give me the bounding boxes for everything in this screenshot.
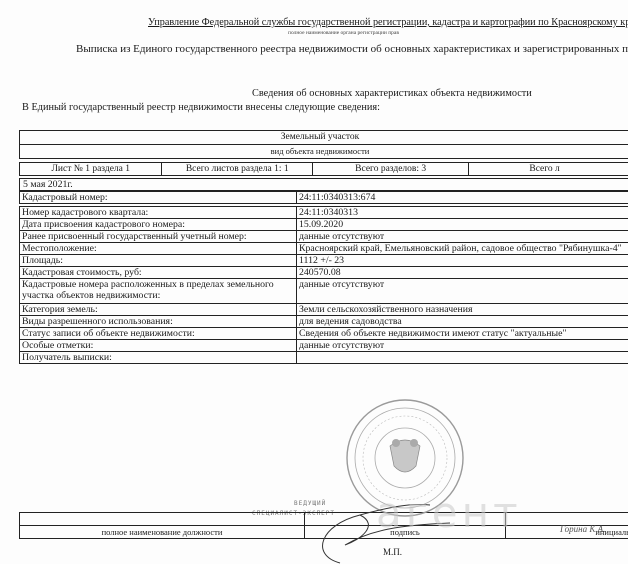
table-row: Кадастровые номера расположенных в преде… (20, 279, 628, 304)
field-label: Местоположение: (20, 243, 297, 255)
watermark: агент (376, 488, 522, 537)
table-row: Статус записи об объекте недвижимости:Св… (20, 328, 628, 340)
sections-total: Всего разделов: 3 (313, 163, 469, 175)
field-label: Виды разрешенного использования: (20, 316, 297, 328)
sheets-total: Всего л (469, 163, 628, 175)
field-value: 1112 +/- 23 (297, 255, 628, 267)
authority-caption: полное наименование органа регистрации п… (288, 30, 399, 36)
field-label: Дата присвоения кадастрового номера: (20, 219, 297, 231)
field-value (297, 352, 628, 364)
table-row: Местоположение:Красноярский край, Емелья… (20, 243, 628, 255)
field-value: Сведения об объекте недвижимости имеют с… (297, 328, 628, 340)
field-value: 240570.08 (297, 267, 628, 279)
section-sheets-total: Всего листов раздела 1: 1 (162, 163, 312, 175)
field-value: Красноярский край, Емельяновский район, … (297, 243, 628, 255)
table-row: Ранее присвоенный государственный учетны… (20, 231, 628, 243)
table-row: Кадастровая стоимость, руб:240570.08 (20, 267, 628, 279)
field-value: данные отсутствуют (297, 279, 628, 304)
object-type-caption: вид объекта недвижимости (20, 145, 620, 158)
document-title: Выписка из Единого государственного реес… (76, 43, 628, 55)
field-value: Земли сельскохозяйственного назначения (297, 304, 628, 316)
sheet-info-row: Лист № 1 раздела 1 Всего листов раздела … (19, 162, 628, 176)
table-row: Получатель выписки: (20, 352, 628, 364)
field-value: 24:11:0340313 (297, 207, 628, 219)
field-label: Площадь: (20, 255, 297, 267)
field-label: Кадастровые номера расположенных в преде… (20, 279, 297, 304)
field-label: Особые отметки: (20, 340, 297, 352)
table-row: Номер кадастрового квартала:24:11:034031… (20, 207, 628, 219)
field-value: данные отсутствуют (297, 231, 628, 243)
property-details-table: Кадастровый номер: 24:11:0340313:674 Ном… (19, 191, 628, 364)
table-row: Кадастровый номер: 24:11:0340313:674 (20, 192, 628, 204)
extract-date: 5 мая 2021г. (19, 178, 628, 191)
sheet-number: Лист № 1 раздела 1 (20, 163, 162, 175)
table-row: Категория земель:Земли сельскохозяйствен… (20, 304, 628, 316)
field-label: Ранее присвоенный государственный учетны… (20, 231, 297, 243)
table-row: Виды разрешенного использования:для веде… (20, 316, 628, 328)
cadastral-number-label: Кадастровый номер: (20, 192, 297, 204)
object-type: Земельный участок (20, 131, 620, 144)
field-value: данные отсутствуют (297, 340, 628, 352)
field-label: Кадастровая стоимость, руб: (20, 267, 297, 279)
position-caption: полное наименование должности (20, 526, 305, 539)
registration-authority: Управление Федеральной службы государств… (148, 17, 628, 28)
field-label: Получатель выписки: (20, 352, 297, 364)
field-label: Номер кадастрового квартала: (20, 207, 297, 219)
field-label: Статус записи об объекте недвижимости: (20, 328, 297, 340)
handwritten-initials: Горина К.А. (560, 524, 605, 534)
section-title: Сведения об основных характеристиках объ… (252, 88, 532, 99)
cadastral-number-value: 24:11:0340313:674 (297, 192, 628, 204)
object-type-header: Земельный участок вид объекта недвижимос… (19, 130, 628, 159)
field-value: для ведения садоводства (297, 316, 628, 328)
table-row: Площадь:1112 +/- 23 (20, 255, 628, 267)
table-row: Особые отметки:данные отсутствуют (20, 340, 628, 352)
field-label: Категория земель: (20, 304, 297, 316)
intro-text: В Единый государственный реестр недвижим… (22, 102, 380, 113)
table-row: Дата присвоения кадастрового номера:15.0… (20, 219, 628, 231)
field-value: 15.09.2020 (297, 219, 628, 231)
